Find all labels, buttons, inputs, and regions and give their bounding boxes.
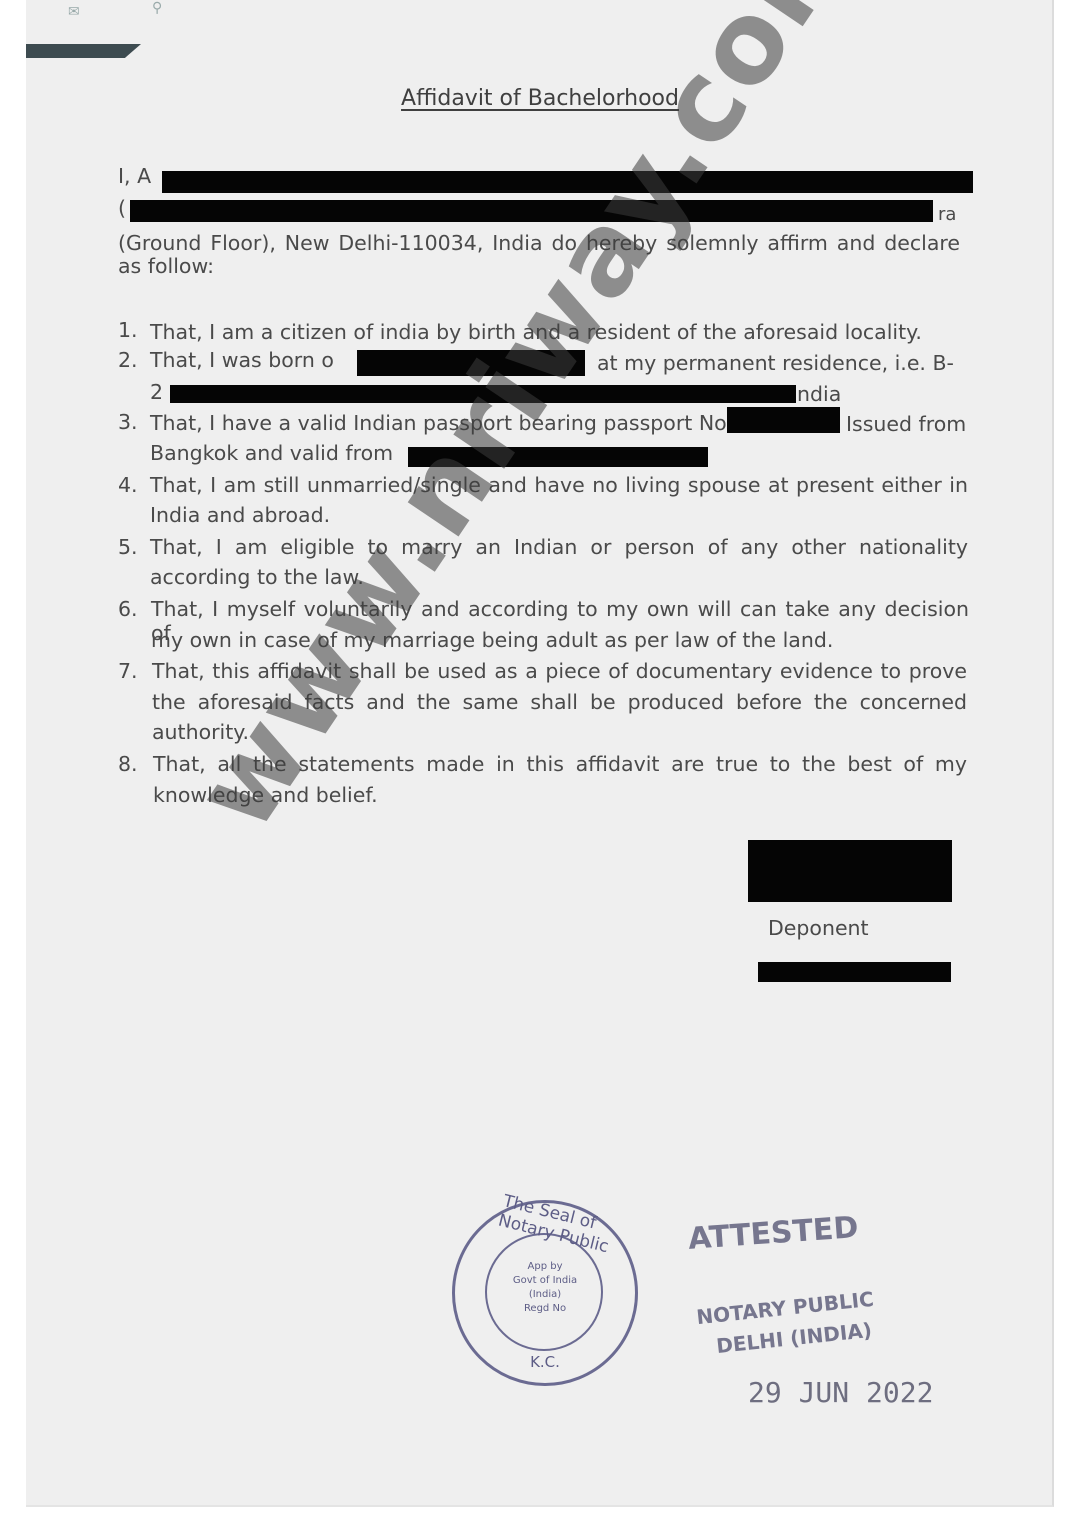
item-6-line: my own in case of my marriage being adul… (151, 628, 833, 652)
intro-line-1: I, A (118, 164, 151, 188)
item-number: 2. (118, 348, 138, 372)
intro-line-2-end: ra (938, 204, 956, 225)
toolbar-strip (26, 44, 141, 58)
item-2-part: ndia (797, 382, 841, 406)
item-2-part: That, I was born o (150, 348, 334, 372)
document-title: Affidavit of Bachelorhood (0, 86, 1080, 111)
item-3-part: Bangkok and valid from (150, 441, 393, 465)
item-3-part: Issued from (846, 412, 966, 436)
intro-line-2: ( (118, 196, 126, 220)
item-number: 4. (118, 473, 138, 497)
item-number: 5. (118, 535, 138, 559)
item-5-line: That, I am eligible to marry an Indian o… (150, 535, 968, 559)
item-number: 8. (118, 752, 138, 776)
redaction-bar (758, 962, 951, 982)
search-icon[interactable]: ⚲ (152, 0, 162, 16)
redaction-bar (727, 407, 840, 433)
signature-redaction (748, 840, 952, 902)
item-2-part: at my permanent residence, i.e. B- (597, 351, 954, 375)
item-number: 6. (118, 597, 138, 621)
stamp-date: 29 JUN 2022 (748, 1376, 933, 1409)
deponent-label: Deponent (768, 916, 869, 940)
item-4-line: That, I am still unmarried/single and ha… (150, 473, 968, 497)
redaction-bar (130, 200, 933, 222)
item-number: 7. (118, 659, 138, 683)
item-number: 1. (118, 318, 138, 342)
item-4-line: India and abroad. (150, 503, 330, 527)
mail-icon[interactable]: ✉ (68, 4, 80, 20)
item-number: 3. (118, 410, 138, 434)
notary-seal: The Seal of Notary Public App by Govt of… (452, 1200, 638, 1386)
item-2-part: 2 (150, 380, 163, 404)
intro-line-4: as follow: (118, 254, 214, 278)
